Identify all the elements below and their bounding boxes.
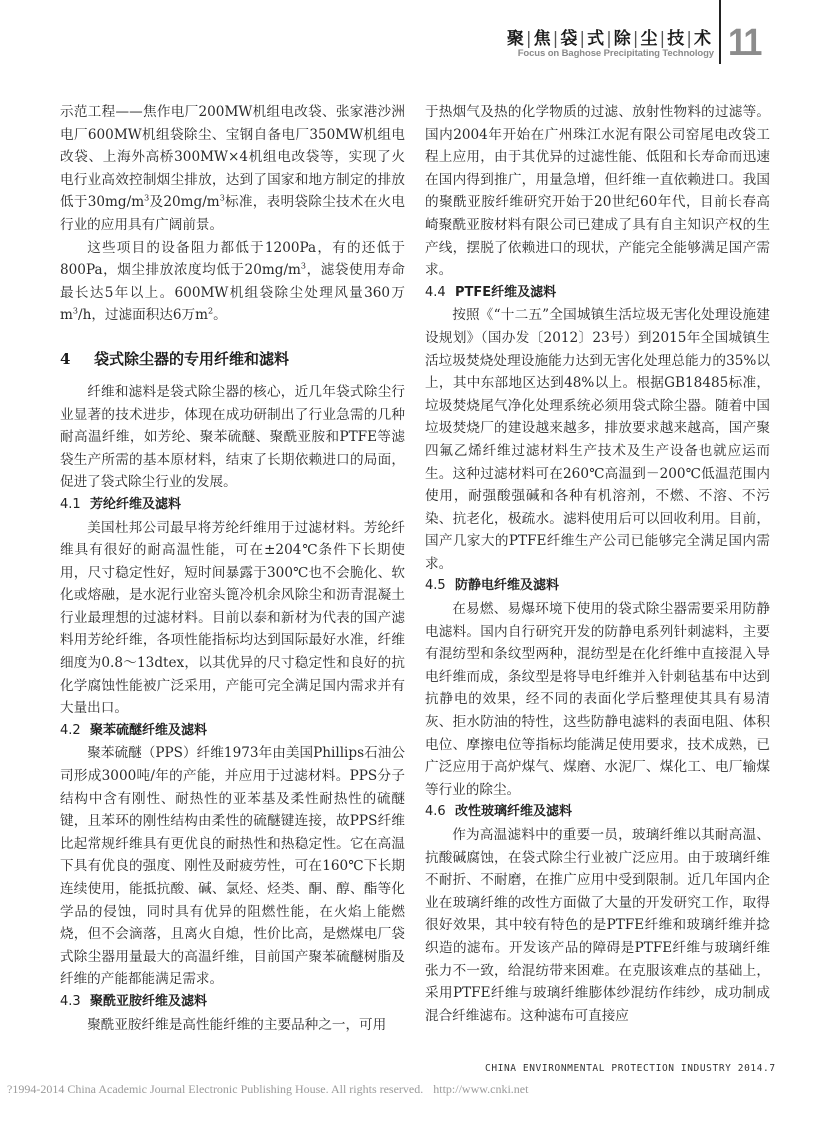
title-char: 术 <box>694 29 712 49</box>
paragraph-antistatic: 在易燃、易爆环境下使用的袋式除尘器需要采用防静电滤料。国内自行研究开发的防静电系… <box>425 598 770 801</box>
running-footer-journal: CHINA ENVIRONMENTAL PROTECTION INDUSTRY … <box>485 1063 776 1074</box>
paragraph-section-4-intro: 纤维和滤料是袋式除尘器的核心，近几年袋式除尘行业显著的技术进步，体现在成功研制出… <box>60 381 405 494</box>
subsection-heading-4-1: 4.1芳纶纤维及滤料 <box>60 494 405 517</box>
paragraph-aramid: 美国杜邦公司最早将芳纶纤维用于过滤材料。芳纶纤维具有很好的耐高温性能，可在±20… <box>60 517 405 720</box>
title-separator: | <box>660 29 667 49</box>
subsection-heading-4-3: 4.3聚酰亚胺纤维及滤料 <box>60 991 405 1014</box>
section-title: 袋式除尘器的专用纤维和滤料 <box>94 350 289 368</box>
journal-column-title: 聚|焦|袋|式|除|尘|技|术 <box>507 24 712 49</box>
title-separator: | <box>686 29 693 49</box>
title-char: 聚 <box>507 29 525 49</box>
running-header: 聚|焦|袋|式|除|尘|技|术 Focus on Baghose Precipi… <box>0 0 827 70</box>
subsection-number: 4.4 <box>425 282 455 305</box>
subsection-title: PTFE纤维及滤料 <box>455 285 556 300</box>
subsection-heading-4-5: 4.5防静电纤维及滤料 <box>425 575 770 598</box>
paragraph-demo-projects: 示范工程——焦作电厂200MW机组电改袋、张家港沙洲电厂600MW机组袋除尘、宝… <box>60 101 405 237</box>
subsection-number: 4.5 <box>425 575 455 598</box>
title-separator: | <box>579 29 586 49</box>
subsection-heading-4-6: 4.6改性玻璃纤维及滤料 <box>425 801 770 824</box>
title-char: 技 <box>667 29 685 49</box>
text-run: /h，过滤面积达6万m <box>78 307 208 323</box>
title-char: 焦 <box>534 29 552 49</box>
copyright-text: ?1994-2014 China Academic Journal Electr… <box>7 1082 423 1096</box>
subsection-number: 4.2 <box>60 720 90 743</box>
subsection-title: 聚酰亚胺纤维及滤料 <box>90 994 207 1009</box>
paragraph-glass-fiber: 作为高温滤料中的重要一员，玻璃纤维以其耐高温、抗酸碱腐蚀，在袋式除尘行业被广泛应… <box>425 824 770 1027</box>
paragraph-pps: 聚苯硫醚（PPS）纤维1973年由美国Phillips石油公司形成3000吨/年… <box>60 742 405 991</box>
page-number: 11 <box>728 22 761 65</box>
subsection-title: 防静电纤维及滤料 <box>455 578 559 593</box>
paragraph-polyimide-continued: 于热烟气及热的化学物质的过滤、放射性物料的过滤等。国内2004年开始在广州珠江水… <box>425 101 770 282</box>
section-heading-4: 4袋式除尘器的专用纤维和滤料 <box>60 347 405 371</box>
paragraph-project-performance: 这些项目的设备阻力都低于1200Pa，有的还低于800Pa，烟尘排放浓度均低于2… <box>60 237 405 327</box>
text-run: 。 <box>213 307 227 323</box>
title-char: 式 <box>587 29 605 49</box>
title-separator: | <box>606 29 613 49</box>
title-char: 尘 <box>641 29 659 49</box>
subsection-title: 聚苯硫醚纤维及滤料 <box>90 723 207 738</box>
subsection-number: 4.3 <box>60 991 90 1014</box>
title-char: 袋 <box>560 29 578 49</box>
subsection-heading-4-4: 4.4PTFE纤维及滤料 <box>425 282 770 305</box>
title-separator: | <box>526 29 533 49</box>
title-separator: | <box>553 29 560 49</box>
header-divider <box>719 0 721 64</box>
paragraph-ptfe: 按照《“十二五”全国城镇生活垃圾无害化处理设施建设规划》（国办发〔2012〕23… <box>425 304 770 575</box>
paragraph-polyimide: 聚酰亚胺纤维是高性能纤维的主要品种之一，可用 <box>60 1014 405 1037</box>
journal-column-subtitle: Focus on Baghose Precipitating Technolog… <box>518 48 714 59</box>
section-number: 4 <box>60 347 94 371</box>
title-char: 除 <box>614 29 632 49</box>
title-separator: | <box>633 29 640 49</box>
subsection-title: 改性玻璃纤维及滤料 <box>455 804 572 819</box>
subsection-number: 4.1 <box>60 494 90 517</box>
copyright-notice: ?1994-2014 China Academic Journal Electr… <box>7 1082 528 1097</box>
right-column: 于热烟气及热的化学物质的过滤、放射性物料的过滤等。国内2004年开始在广州珠江水… <box>425 101 770 1027</box>
left-column: 示范工程——焦作电厂200MW机组电改袋、张家港沙洲电厂600MW机组袋除尘、宝… <box>60 101 405 1036</box>
text-run: 及20mg/m <box>149 194 220 210</box>
subsection-heading-4-2: 4.2聚苯硫醚纤维及滤料 <box>60 720 405 743</box>
subsection-title: 芳纶纤维及滤料 <box>90 497 181 512</box>
cnki-link[interactable]: http://www.cnki.net <box>433 1082 528 1096</box>
subsection-number: 4.6 <box>425 801 455 824</box>
